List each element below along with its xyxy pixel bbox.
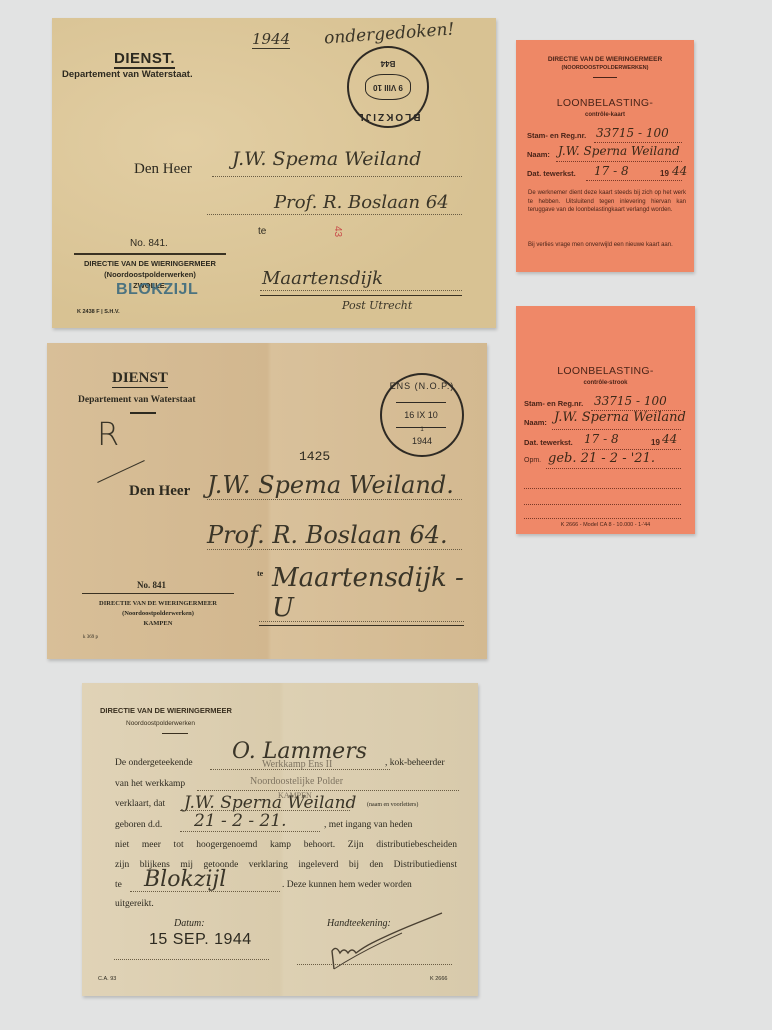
postmark-stamp: ENS (N.O.P.) 16 IX 10 1 1944 (380, 373, 464, 457)
date-dots (582, 449, 681, 450)
handwritten-year: 1944 (252, 30, 290, 49)
registered-mark: R (97, 415, 119, 453)
name-dots (552, 429, 681, 430)
envelope-blokzijl: 1944 ondergedoken! DIENST. Departement v… (52, 18, 496, 328)
signature-scribble (322, 911, 447, 973)
department-label: Departement van Waterstaat. (62, 69, 193, 80)
postmark-stamp: BLOKZIJL 9 VIII 10 B44 (347, 46, 429, 128)
year-value: 44 (662, 432, 677, 446)
werkkamp-certificate: DIRECTIE VAN DE WIERINGERMEER Noordoostp… (82, 683, 478, 996)
postmark-place: ENS (N.O.P.) (382, 381, 462, 391)
org-rule (593, 77, 617, 78)
department-label: Departement van Waterstaat (78, 395, 196, 405)
number-stamp: 1425 (299, 449, 330, 464)
year-prefix: 19 (660, 169, 669, 178)
recipient-name: J.W. Spema Weiland. (207, 471, 454, 499)
handwritten-note: ondergedoken! (323, 19, 455, 48)
sender-line-3: KAMPEN (77, 620, 239, 627)
reg-label: Stam- en Reg.nr. (524, 399, 583, 408)
line-7-suffix: . Deze kunnen hem weder worden (282, 880, 412, 890)
line-2-dots (197, 790, 459, 791)
recipient-name: J.W. Spema Weiland (232, 148, 421, 170)
date-label: Datum: (174, 918, 205, 929)
org-rule (162, 733, 188, 734)
date-label: Dat. tewerkst. (524, 438, 573, 447)
name-value: J.W. Sperna Weiland (558, 144, 680, 158)
line-4-suffix: , met ingang van heden (324, 820, 412, 830)
salutation: Den Heer (129, 483, 190, 500)
recipient-street: Prof. R. Boslaan 64. (207, 521, 448, 549)
sender-blue-stamp: BLOKZIJL (116, 281, 198, 299)
name-label: Naam: (527, 150, 550, 159)
name-label: Naam: (524, 418, 547, 427)
org-line-1: DIRECTIE VAN DE WIERINGERMEER (516, 56, 694, 63)
signer-name: O. Lammers (232, 739, 367, 764)
reg-dots (594, 142, 682, 143)
blank-line-2 (524, 504, 681, 505)
sender-line-2: (Noordoostpolderwerken) (77, 610, 239, 617)
date-value: 17 - 8 (594, 164, 629, 178)
reg-value: 33715 - 100 (596, 126, 669, 140)
address-rule (259, 625, 464, 626)
card-notice: De werknemer dient deze kaart steeds bij… (528, 189, 686, 215)
line-1-dots (210, 769, 390, 770)
line-8: uitgereikt. (115, 899, 154, 909)
remark-value: geb. 21 - 2 - '21. (548, 451, 655, 466)
date-value: 15 SEP. 1944 (149, 931, 252, 949)
line-7-prefix: te (115, 880, 122, 890)
envelope-kampen: DIENST Departement van Waterstaat R ENS … (47, 343, 487, 659)
recipient-city: Maartensdijk (262, 268, 383, 289)
postmark-date: 9 VIII 10 (366, 75, 410, 99)
department-rule (130, 412, 156, 414)
postal-note: Post Utrecht (342, 299, 412, 312)
year-value: 44 (672, 164, 687, 178)
sender-line-1: DIRECTIE VAN DE WIERINGERMEER (52, 259, 248, 268)
address-line-3 (259, 621, 464, 622)
date-dots (114, 959, 269, 960)
name-value: J.W. Sperna Weiland (554, 410, 686, 425)
address-line-1 (212, 176, 462, 177)
blank-line-3 (524, 518, 681, 519)
sender-rule (74, 253, 226, 255)
line-2-prefix: van het werkkamp (115, 779, 185, 789)
salutation: Den Heer (134, 161, 192, 178)
reg-label: Stam- en Reg.nr. (527, 131, 586, 140)
address-line-2 (207, 549, 462, 550)
postmark-date-box: 16 IX 10 (396, 402, 446, 428)
postmark-year: 1944 (382, 436, 462, 446)
dienst-header: DIENST (112, 370, 168, 388)
card-title: LOONBELASTING- (516, 97, 694, 109)
form-code: k 369 p (83, 635, 98, 640)
year-prefix: 19 (651, 438, 660, 447)
blank-line-1 (524, 488, 681, 489)
line-4-prefix: geboren d.d. (115, 820, 162, 830)
remark-dots (546, 468, 681, 469)
org-line-2: (NOORDOOSTPOLDERWERKEN) (516, 65, 694, 71)
postmark-place: BLOKZIJL (349, 111, 427, 122)
date-label: Dat. tewerkst. (527, 169, 576, 178)
sender-line-2: (Noordoostpolderwerken) (52, 270, 248, 279)
loonbelasting-kaart: DIRECTIE VAN DE WIERINGERMEER (NOORDOOST… (516, 40, 694, 272)
person-name: J.W. Sperna Weiland (184, 793, 356, 813)
card-subtitle: contrôle-strook (516, 380, 695, 386)
envelope-number: No. 841 (137, 580, 166, 590)
line-1-prefix: De ondergeteekende (115, 758, 193, 768)
card-title: LOONBELASTING- (516, 365, 695, 377)
recipient-street: Prof. R. Boslaan 64 (274, 192, 449, 213)
birth-date: 21 - 2 - 21. (194, 811, 287, 831)
postmark-date: 16 IX 10 (396, 403, 446, 427)
org-line-1: DIRECTIE VAN DE WIERINGERMEER (100, 706, 232, 715)
postmark-code: B44 (349, 59, 427, 68)
place-name: Blokzijl (144, 867, 226, 892)
remark-label: Opm. (524, 457, 541, 464)
loonbelasting-strook: LOONBELASTING- contrôle-strook Stam- en … (516, 306, 695, 534)
postmark-sub: 1 (382, 427, 462, 433)
line-5: niet meer tot hoogergenoemd kamp behoort… (115, 840, 457, 850)
te-label: te (258, 226, 266, 237)
address-line-2 (207, 214, 462, 215)
envelope-number: No. 841. (130, 238, 168, 249)
card-notice-2: Bij verlies vrage men onverwijld een nie… (528, 241, 686, 250)
form-code-left: C.A. 93 (98, 976, 116, 982)
address-line-3 (260, 290, 462, 291)
red-mark: 43 (332, 226, 343, 237)
dienst-header: DIENST. (114, 50, 175, 69)
sender-rule (82, 593, 234, 594)
date-value: 17 - 8 (584, 432, 619, 446)
line-1-suffix: , kok-beheerder (385, 758, 445, 768)
date-dots (586, 180, 682, 181)
form-code-right: K 2666 (430, 976, 447, 982)
recipient-city: Maartensdijk - U (272, 563, 487, 623)
line-4-dots (180, 831, 320, 832)
registered-underline (97, 460, 145, 483)
address-line-1 (207, 499, 462, 500)
te-label: te (257, 569, 263, 578)
address-rule (260, 295, 462, 296)
name-dots (556, 161, 682, 162)
card-subtitle: contrôle-kaart (516, 112, 694, 118)
form-code: K 2438 F | S.H.V. (77, 309, 120, 315)
sender-line-1: DIRECTIE VAN DE WIERINGERMEER (77, 600, 239, 607)
line-3-suffix: (naam en voorletters) (367, 802, 418, 808)
card-footer: K 2666 - Model CA 8 - 10.000 - 1-'44 (516, 522, 695, 528)
line-3-prefix: verklaart, dat (115, 799, 165, 809)
camp-stamp-line-2: Noordoostelijke Polder (250, 776, 343, 787)
org-line-2: Noordoostpolderwerken (126, 720, 195, 727)
reg-value: 33715 - 100 (594, 394, 667, 408)
postmark-date-box: 9 VIII 10 (365, 74, 411, 100)
